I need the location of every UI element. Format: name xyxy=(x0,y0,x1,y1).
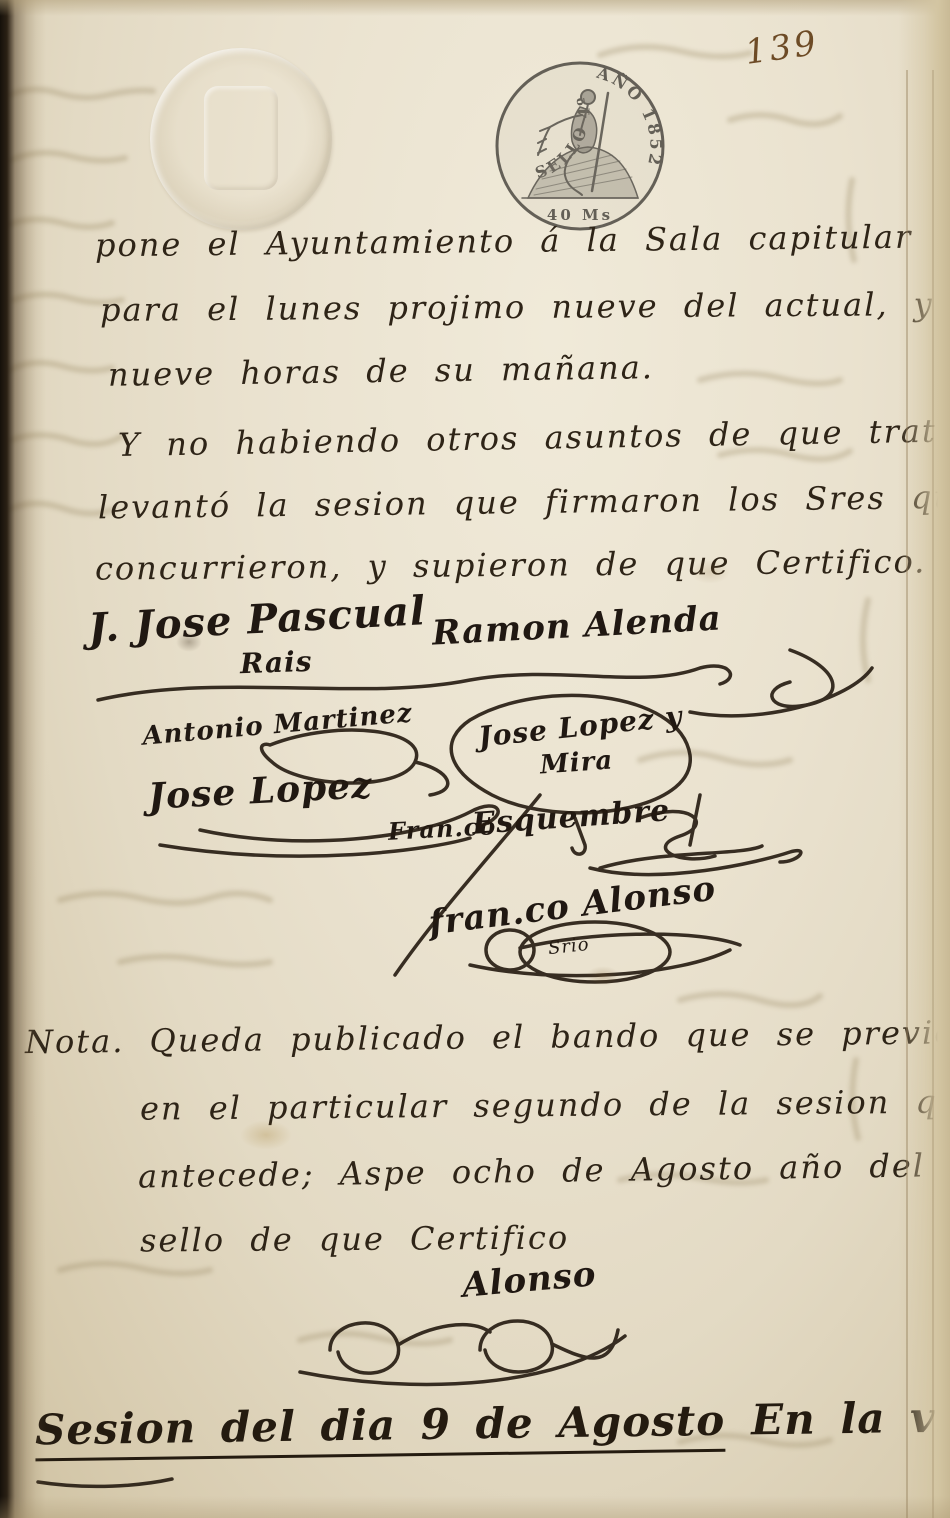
stain xyxy=(240,1120,292,1150)
page-edge-bottom xyxy=(0,1496,950,1518)
stain xyxy=(586,966,620,986)
flourish-layer xyxy=(0,0,950,1518)
stain xyxy=(176,632,202,652)
stain xyxy=(690,560,730,584)
manuscript-page: SELLO 4º AÑO 1852 40 Ms 139 pone el Ayun… xyxy=(0,0,950,1518)
binding-gutter xyxy=(0,0,46,1518)
page-edge-top xyxy=(0,0,950,16)
page-edge-line xyxy=(932,70,934,1518)
footer-heading: Sesion del dia 9 de Agosto xyxy=(35,1396,726,1462)
page-edge-line xyxy=(906,70,908,1518)
